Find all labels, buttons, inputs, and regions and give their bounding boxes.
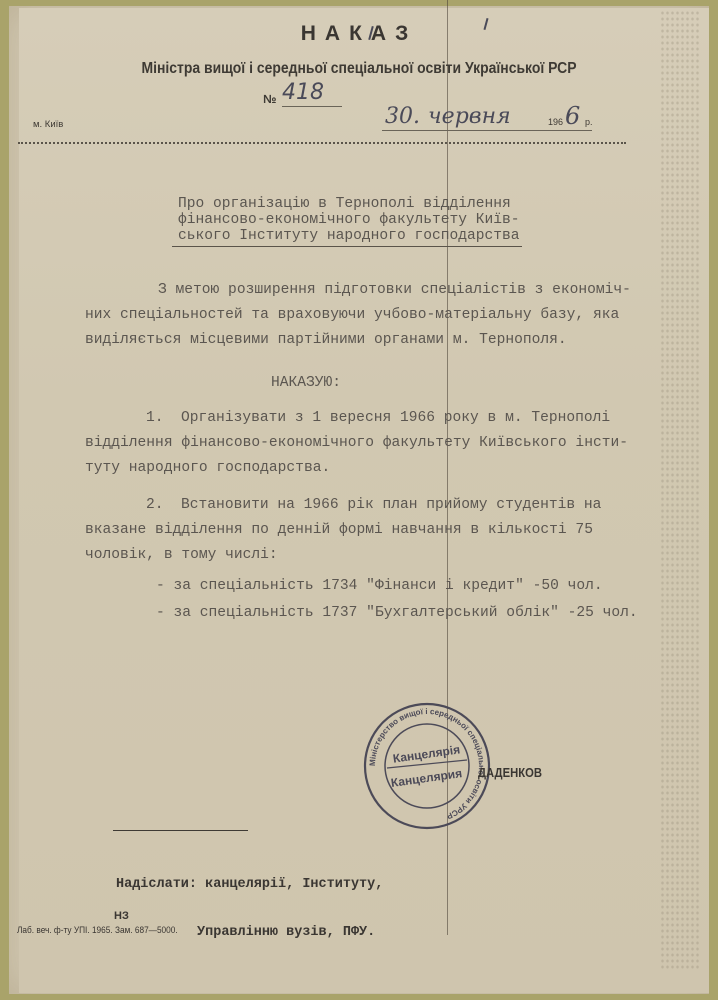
item-line: чоловік, в тому числі: (85, 547, 278, 563)
preamble-line: них спеціальностей та враховуючи учбово-… (85, 307, 619, 323)
item-line: вказане відділення по денній формі навча… (85, 522, 593, 538)
item-line: відділення фінансово-економічного факуль… (85, 435, 628, 451)
order-heading: Про організацію в Тернополі відділення ф… (178, 196, 520, 244)
date-year-digit: 6 (565, 102, 580, 130)
signature-divider (113, 830, 248, 831)
item-line: туту народного господарства. (85, 460, 330, 476)
paper-texture (660, 10, 700, 970)
order-number-label: № (263, 92, 276, 106)
sub-item: - за спеціальність 1734 "Фінанси і креди… (156, 578, 603, 594)
distribution-list: Надіслати: канцелярії, Інституту, Управл… (116, 845, 383, 957)
document-title: НАКАЗ (0, 22, 718, 46)
print-code: НЗ (114, 910, 129, 922)
item-line: 2. Встановити на 1966 рік план прийому с… (146, 497, 601, 513)
order-number: 418 (282, 80, 342, 107)
preamble-line: З метою розширення підготовки спеціаліст… (158, 282, 631, 298)
date-month: червня (428, 104, 511, 129)
city: м. Київ (33, 119, 63, 130)
preamble-line: виділяється місцевими партійними органам… (85, 332, 567, 348)
date-year-prefix: 196 (548, 117, 563, 127)
printer-imprint: Лаб. веч. ф-ту УПІ. 1965. Зам. 687—5000. (17, 925, 178, 935)
heading-line: фінансово-економічного факультету Київ- (178, 212, 520, 228)
header-divider (18, 142, 626, 146)
signature-name: ДАДЕНКОВ (478, 766, 542, 780)
stamp-inner-bottom: Канцелярия (390, 766, 463, 790)
date-day: 30. (385, 104, 420, 129)
date-underline (382, 130, 592, 131)
office-stamp: Міністерство вищої і середньої спеціальн… (363, 702, 491, 830)
heading-line: ського Інституту народного господарства (178, 228, 520, 244)
date-year-suffix: р. (585, 117, 593, 127)
document-subtitle: Міністра вищої і середньої спеціальної о… (36, 60, 682, 78)
heading-line: Про організацію в Тернополі відділення (178, 196, 520, 212)
order-word: НАКАЗУЮ: (271, 375, 341, 391)
item-line: 1. Організувати з 1 вересня 1966 року в … (146, 410, 610, 426)
sub-item: - за спеціальність 1737 "Бухгалтерський … (156, 605, 638, 621)
heading-underline (172, 246, 522, 247)
distribution-line: Надіслати: канцелярії, Інституту, (116, 877, 383, 893)
